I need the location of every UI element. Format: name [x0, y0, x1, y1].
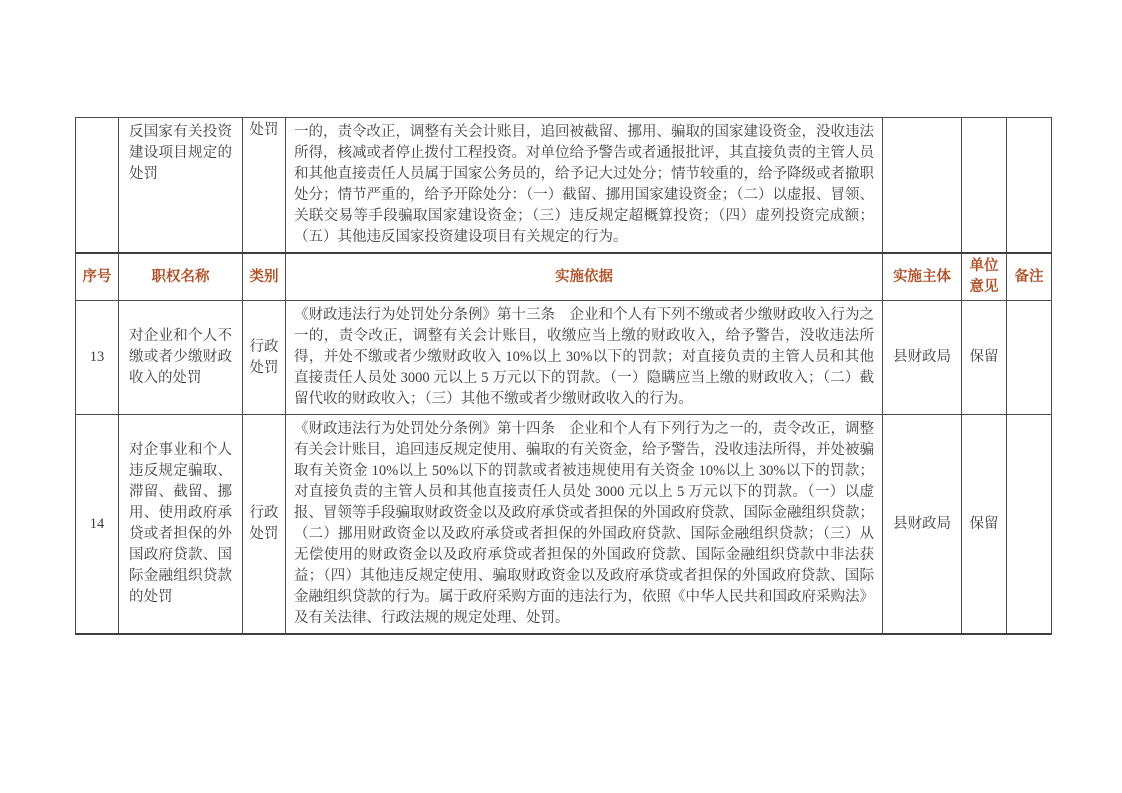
- header-remark: 备注: [1007, 253, 1052, 301]
- subject-cell: 县财政局: [883, 415, 962, 635]
- header-seq: 序号: [76, 253, 119, 301]
- subject-cell: 县财政局: [883, 301, 962, 415]
- opinion-cell: 保留: [962, 415, 1007, 635]
- category-cell: 行政处罚: [243, 301, 286, 415]
- remark-cell: [1007, 415, 1052, 635]
- remark-cell: [1007, 118, 1052, 254]
- remark-cell: [1007, 301, 1052, 415]
- power-name-cell: 反国家有关投资建设项目规定的处罚: [119, 118, 243, 254]
- power-name-cell: 对企事业和个人违反规定骗取、滞留、截留、挪用、使用政府承贷或者担保的外国政府贷款…: [119, 415, 243, 635]
- table-row-13: 13 对企业和个人不缴或者少缴财政收入的处罚 行政处罚 《财政违法行为处罚处分条…: [76, 301, 1052, 415]
- table-row-14: 14 对企事业和个人违反规定骗取、滞留、截留、挪用、使用政府承贷或者担保的外国政…: [76, 415, 1052, 635]
- basis-cell: 一的，责令改正，调整有关会计账目，追回被截留、挪用、骗取的国家建设资金，没收违法…: [286, 118, 883, 254]
- table-header-row: 序号 职权名称 类别 实施依据 实施主体 单位意见 备注: [76, 253, 1052, 301]
- basis-cell: 《财政违法行为处罚处分条例》第十四条 企业和个人有下列行为之一的，责令改正，调整…: [286, 415, 883, 635]
- seq-cell: 14: [76, 415, 119, 635]
- opinion-cell: [962, 118, 1007, 254]
- powers-table: 反国家有关投资建设项目规定的处罚 处罚 一的，责令改正，调整有关会计账目，追回被…: [75, 117, 1052, 635]
- subject-cell: [883, 118, 962, 254]
- category-cell: 行政处罚: [243, 415, 286, 635]
- header-category: 类别: [243, 253, 286, 301]
- header-power-name: 职权名称: [119, 253, 243, 301]
- basis-cell: 《财政违法行为处罚处分条例》第十三条 企业和个人有下列不缴或者少缴财政收入行为之…: [286, 301, 883, 415]
- seq-cell: 13: [76, 301, 119, 415]
- header-basis: 实施依据: [286, 253, 883, 301]
- opinion-cell: 保留: [962, 301, 1007, 415]
- header-opinion: 单位意见: [962, 253, 1007, 301]
- table-row-continuation: 反国家有关投资建设项目规定的处罚 处罚 一的，责令改正，调整有关会计账目，追回被…: [76, 118, 1052, 254]
- seq-cell: [76, 118, 119, 254]
- header-subject: 实施主体: [883, 253, 962, 301]
- category-cell: 处罚: [243, 118, 286, 254]
- power-name-cell: 对企业和个人不缴或者少缴财政收入的处罚: [119, 301, 243, 415]
